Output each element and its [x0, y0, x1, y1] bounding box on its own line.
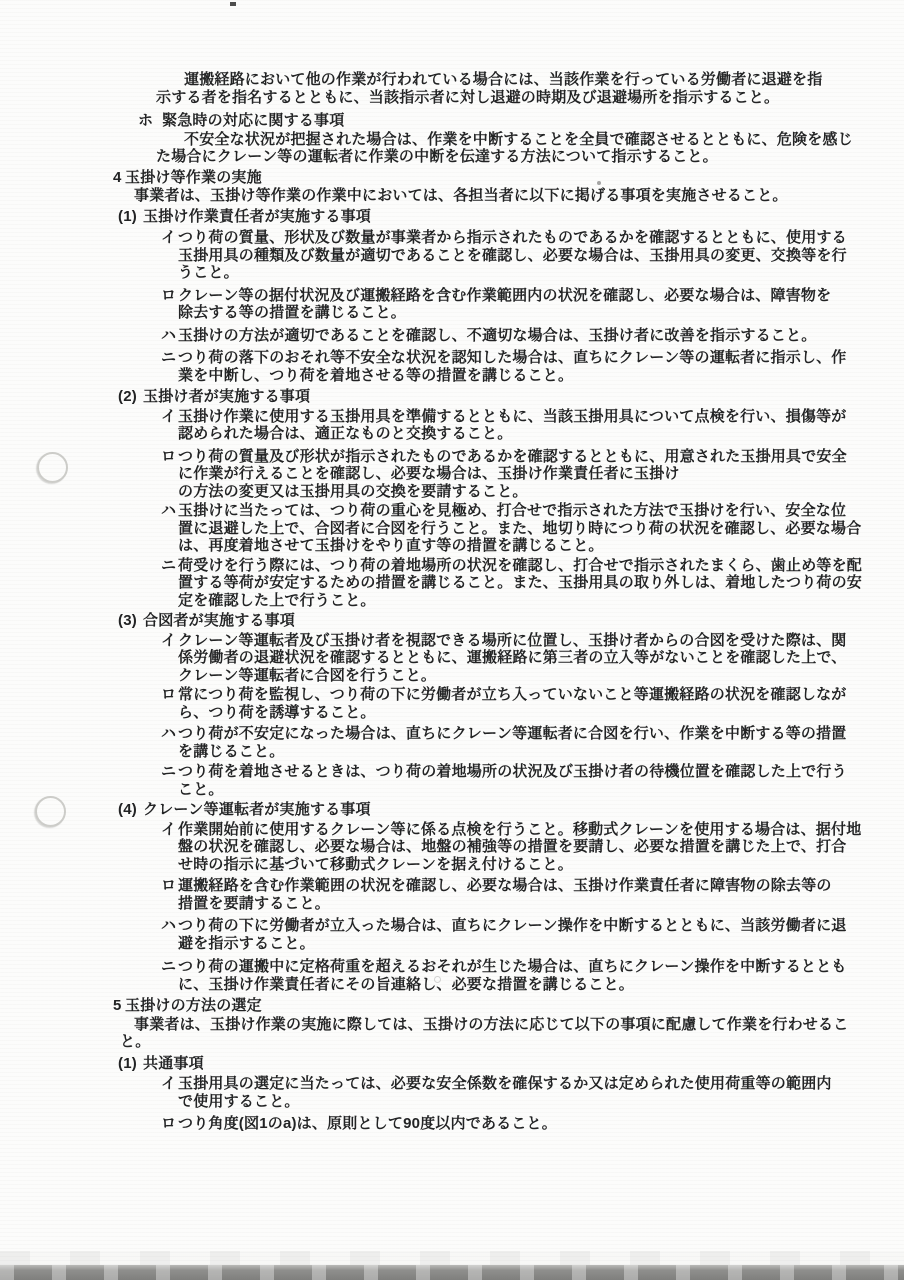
- list-item-i: イ 玉掛け作業に使用する玉掛用具を準備するとともに、当該玉掛用具について点検を行…: [161, 408, 904, 443]
- item-text: つり荷の質量、形状及び数量が事業者から指示されたものであるかを確認するとともに、…: [178, 229, 847, 282]
- item-text: 運搬経路を含む作業範囲の状況を確認し、必要な場合は、玉掛け作業責任者に障害物の除…: [178, 877, 832, 912]
- scan-edge-band: [0, 1265, 904, 1280]
- item-text: 玉掛けの方法が適切であることを確認し、不適切な場合は、玉掛け者に改善を指示するこ…: [178, 327, 816, 345]
- scan-speck: [230, 2, 236, 6]
- section-5-lead-paragraph: 事業者は、玉掛け作業の実施に際しては、玉掛けの方法に応じて以下の事項に配慮して作…: [120, 1016, 904, 1051]
- subsection-title: 玉掛け者が実施する事項: [143, 388, 310, 406]
- section-4-lead-paragraph: 事業者は、玉掛け等作業の作業中においては、各担当者に以下に掲げる事項を実施させる…: [120, 187, 904, 205]
- item-text: クレーン等運転者及び玉掛け者を視認できる場所に位置し、玉掛け者からの合図を受けた…: [178, 632, 847, 685]
- item-marker: イ: [161, 1075, 178, 1110]
- section-number: 4: [113, 169, 125, 187]
- section-title: 玉掛け等作業の実施: [125, 169, 262, 187]
- list-item-ro: ロ 常につり荷を監視し、つり荷の下に労働者が立ち入っていないこと等運搬経路の状況…: [161, 686, 904, 721]
- item-marker: ハ: [161, 917, 178, 952]
- item-marker: ハ: [161, 327, 178, 345]
- item-marker: ニ: [161, 557, 178, 610]
- list-item-ha: ハ 玉掛けに当たっては、つり荷の重心を見極め、打合せで指示された方法で玉掛けを行…: [161, 502, 904, 555]
- item-text: 常につり荷を監視し、つり荷の下に労働者が立ち入っていないこと等運搬経路の状況を確…: [178, 686, 847, 721]
- item-ho-paragraph: 不安全な状況が把握された場合は、作業を中断することを全員で確認させるとともに、危…: [156, 131, 904, 166]
- subsection-number: (3): [118, 612, 143, 630]
- list-item-i: イ 作業開始前に使用するクレーン等に係る点検を行うこと。移動式クレーンを使用する…: [161, 821, 904, 874]
- item-marker: ロ: [161, 877, 178, 912]
- item-text: つり荷を着地させるときは、つり荷の着地場所の状況及び玉掛け者の待機位置を確認した…: [178, 763, 847, 798]
- scan-speck: [434, 976, 441, 983]
- list-item-ni: ニ つり荷を着地させるときは、つり荷の着地場所の状況及び玉掛け者の待機位置を確認…: [161, 763, 904, 798]
- subsection-1-heading: (1) 共通事項: [118, 1055, 904, 1073]
- subsection-4-heading: (4) クレーン等運転者が実施する事項: [118, 801, 904, 819]
- item-marker: ロ: [161, 686, 178, 721]
- item-text: つり角度(図1のa)は、原則として90度以内であること。: [178, 1115, 557, 1133]
- item-text: つり荷の運搬中に定格荷重を超えるおそれが生じた場合は、直ちにクレーン操作を中断す…: [178, 958, 847, 993]
- list-item-ni: ニ つり荷の運搬中に定格荷重を超えるおそれが生じた場合は、直ちにクレーン操作を中…: [161, 958, 904, 993]
- item-marker: ニ: [161, 349, 178, 384]
- item-text: クレーン等の据付状況及び運搬経路を含む作業範囲内の状況を確認し、必要な場合は、障…: [178, 287, 831, 322]
- list-item-i: イ つり荷の質量、形状及び数量が事業者から指示されたものであるかを確認するととも…: [161, 229, 904, 282]
- subsection-2-heading: (2) 玉掛け者が実施する事項: [118, 388, 904, 406]
- list-item-ha: ハ つり荷が不安定になった場合は、直ちにクレーン等運転者に合図を行い、作業を中断…: [161, 725, 904, 760]
- section-5-heading: 5 玉掛けの方法の選定: [113, 997, 904, 1015]
- item-marker: イ: [161, 408, 178, 443]
- subsection-number: (2): [118, 388, 143, 406]
- item-marker: イ: [161, 821, 178, 874]
- list-item-ni: ニ つり荷の落下のおそれ等不安全な状況を認知した場合は、直ちにクレーン等の運転者…: [161, 349, 904, 384]
- subsection-title: 共通事項: [143, 1055, 204, 1073]
- subsection-3-heading: (3) 合図者が実施する事項: [118, 612, 904, 630]
- item-marker: ロ: [161, 1115, 178, 1133]
- item-text: つり荷の落下のおそれ等不安全な状況を認知した場合は、直ちにクレーン等の運転者に指…: [178, 349, 847, 384]
- subsection-number: (1): [118, 1055, 143, 1073]
- item-heading-text: 緊急時の対応に関する事項: [162, 112, 344, 130]
- punch-hole-mark: [35, 796, 66, 827]
- list-item-ha: ハ つり荷の下に労働者が立入った場合は、直ちにクレーン操作を中断するとともに、当…: [161, 917, 904, 952]
- scanned-document-page: { "doc": { "blocks": [ {"kind":"para-top…: [0, 0, 904, 1280]
- item-ho-heading: ホ 緊急時の対応に関する事項: [138, 112, 904, 130]
- list-item-ro: ロ つり角度(図1のa)は、原則として90度以内であること。: [161, 1115, 904, 1133]
- subsection-title: 合図者が実施する事項: [143, 612, 295, 630]
- subsection-title: クレーン等運転者が実施する事項: [143, 801, 371, 819]
- scan-edge-fade: [0, 1251, 904, 1265]
- document-body: 運搬経路において他の作業が行われている場合には、当該作業を行っている労働者に退避…: [0, 71, 904, 1138]
- list-item-ni: ニ 荷受けを行う際には、つり荷の着地場所の状況を確認し、打合せで指示されたまくら…: [161, 557, 904, 610]
- list-item-i: イ クレーン等運転者及び玉掛け者を視認できる場所に位置し、玉掛け者からの合図を受…: [161, 632, 904, 685]
- item-marker: ニ: [161, 958, 178, 993]
- item-marker: イ: [161, 229, 178, 282]
- item-text: 玉掛けに当たっては、つり荷の重心を見極め、打合せで指示された方法で玉掛けを行い、…: [178, 502, 861, 555]
- item-text: 荷受けを行う際には、つり荷の着地場所の状況を確認し、打合せで指示されたまくら、歯…: [178, 557, 862, 610]
- item-marker: イ: [161, 632, 178, 685]
- item-text: 玉掛け作業に使用する玉掛用具を準備するとともに、当該玉掛用具について点検を行い、…: [178, 408, 847, 443]
- continued-paragraph: 運搬経路において他の作業が行われている場合には、当該作業を行っている労働者に退避…: [156, 71, 904, 106]
- item-marker: ホ: [138, 112, 162, 130]
- item-marker: ニ: [161, 763, 178, 798]
- item-text: 玉掛用具の選定に当たっては、必要な安全係数を確保するか又は定められた使用荷重等の…: [178, 1075, 832, 1110]
- section-number: 5: [113, 997, 125, 1015]
- scan-speck: [597, 181, 601, 185]
- list-item-ro: ロ つり荷の質量及び形状が指示されたものであるかを確認するとともに、用意された玉…: [161, 448, 904, 501]
- item-marker: ロ: [161, 448, 178, 501]
- item-text: つり荷の質量及び形状が指示されたものであるかを確認するとともに、用意された玉掛用…: [178, 448, 847, 501]
- subsection-number: (4): [118, 801, 143, 819]
- punch-hole-mark: [37, 452, 68, 483]
- subsection-number: (1): [118, 208, 143, 226]
- subsection-1-heading: (1) 玉掛け作業責任者が実施する事項: [118, 208, 904, 226]
- list-item-i: イ 玉掛用具の選定に当たっては、必要な安全係数を確保するか又は定められた使用荷重…: [161, 1075, 904, 1110]
- item-marker: ロ: [161, 287, 178, 322]
- item-text: つり荷が不安定になった場合は、直ちにクレーン等運転者に合図を行い、作業を中断する…: [178, 725, 847, 760]
- list-item-ro: ロ クレーン等の据付状況及び運搬経路を含む作業範囲内の状況を確認し、必要な場合は…: [161, 287, 904, 322]
- section-title: 玉掛けの方法の選定: [125, 997, 262, 1015]
- item-text: つり荷の下に労働者が立入った場合は、直ちにクレーン操作を中断するとともに、当該労…: [178, 917, 847, 952]
- list-item-ha: ハ 玉掛けの方法が適切であることを確認し、不適切な場合は、玉掛け者に改善を指示す…: [161, 327, 904, 345]
- item-text: 作業開始前に使用するクレーン等に係る点検を行うこと。移動式クレーンを使用する場合…: [178, 821, 861, 874]
- subsection-title: 玉掛け作業責任者が実施する事項: [143, 208, 371, 226]
- item-marker: ハ: [161, 502, 178, 555]
- item-marker: ハ: [161, 725, 178, 760]
- list-item-ro: ロ 運搬経路を含む作業範囲の状況を確認し、必要な場合は、玉掛け作業責任者に障害物…: [161, 877, 904, 912]
- section-4-heading: 4 玉掛け等作業の実施: [113, 169, 904, 187]
